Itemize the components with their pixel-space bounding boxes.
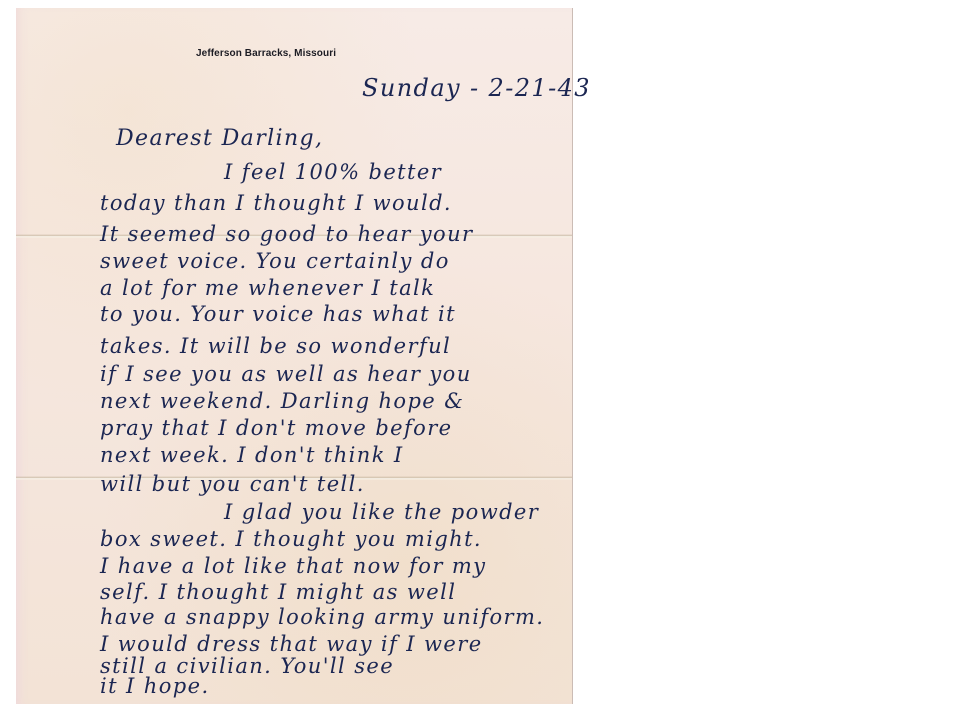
letter-line: I have a lot like that now for my bbox=[100, 554, 560, 578]
scan-canvas: Jefferson Barracks, Missouri Sunday - 2-… bbox=[0, 0, 960, 720]
letter-line: next weekend. Darling hope & bbox=[100, 389, 560, 413]
letter-line: It seemed so good to hear your bbox=[100, 222, 560, 246]
letter-line: next week. I don't think I bbox=[100, 443, 560, 467]
letter-line: if I see you as well as hear you bbox=[100, 362, 560, 386]
letter-line: have a snappy looking army uniform. bbox=[100, 605, 560, 629]
letter-line: it I hope. bbox=[100, 674, 560, 698]
letter-line: self. I thought I might as well bbox=[100, 580, 560, 604]
letter-line: sweet voice. You certainly do bbox=[100, 249, 560, 273]
letter-line: I would dress that way if I were bbox=[100, 632, 560, 656]
letter-line: I feel 100% better bbox=[224, 160, 684, 184]
letter-line: box sweet. I thought you might. bbox=[100, 527, 560, 551]
letter-line: to you. Your voice has what it bbox=[100, 302, 560, 326]
letterhead: Jefferson Barracks, Missouri bbox=[196, 48, 336, 59]
letter-line: a lot for me whenever I talk bbox=[100, 276, 560, 300]
letter-line: takes. It will be so wonderful bbox=[100, 334, 560, 358]
letter-line: today than I thought I would. bbox=[100, 191, 560, 215]
salutation: Dearest Darling, bbox=[116, 126, 323, 151]
letter-line: pray that I don't move before bbox=[100, 416, 560, 440]
date-line: Sunday - 2-21-43 bbox=[362, 74, 591, 102]
letter-line: I glad you like the powder bbox=[224, 500, 684, 524]
letter-line: will but you can't tell. bbox=[100, 472, 560, 496]
